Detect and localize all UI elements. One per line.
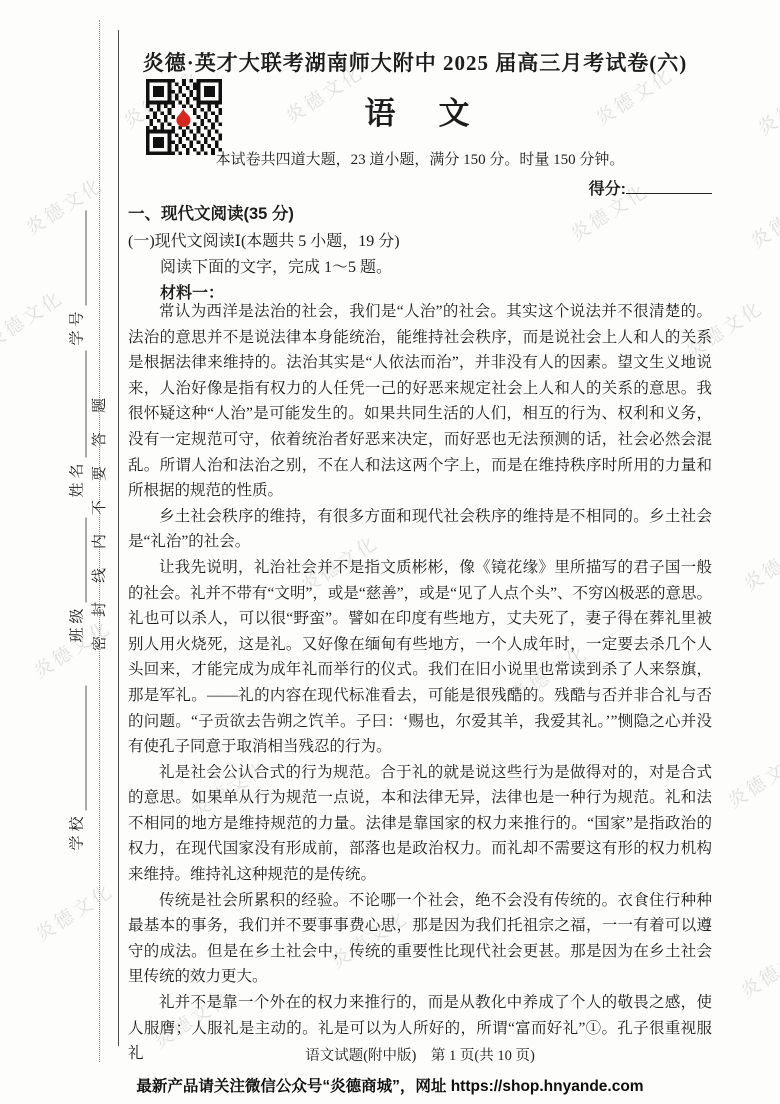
student-class-label: 班级 <box>69 602 87 642</box>
watermark-text: 炎德文化 <box>0 283 68 354</box>
student-class-blank-line <box>71 518 87 603</box>
watermark-text: 炎德文化 <box>738 526 780 597</box>
score-field: 得分: <box>480 176 712 199</box>
promo-line: 最新产品请关注微信公众号“炎德商城”，网址 https://shop.hnyan… <box>0 1074 780 1096</box>
student-name-blank-line <box>71 351 87 458</box>
passage-paragraph: 礼是社会公认合式的行为规范。合于礼的就是说这些行为是做得对的，对是合式的意思。如… <box>128 760 712 888</box>
passage-paragraph: 乡土社会秩序的维持，有很多方面和现代社会秩序的维持是不相同的。乡土社会是“礼治”… <box>128 504 712 555</box>
reading-instruction: 阅读下面的文字，完成 1～5 题。 <box>128 254 712 277</box>
part-one-heading: 一、现代文阅读(35 分) <box>128 200 294 224</box>
watermark-text: 炎德文化 <box>745 183 780 254</box>
student-class-field: 班级 <box>67 518 87 643</box>
student-school-blank-line <box>71 686 87 811</box>
student-id-label: 学号 <box>69 305 87 345</box>
student-id-field: 学号 <box>67 211 87 346</box>
exam-header-title: 炎德·英才大联考湖南师大附中 2025 届高三月考试卷(六) <box>118 47 712 77</box>
score-blank-line <box>626 179 712 194</box>
passage-paragraph: 让我先说明，礼治社会并不是指文质彬彬，像《镜花缘》里所描写的君子国一般的社会。礼… <box>128 555 712 760</box>
exam-info-line: 本试卷共四道大题，23 道小题，满分 150 分。时量 150 分钟。 <box>128 148 712 169</box>
passage-paragraph: 常认为西洋是法治的社会，我们是“人治”的社会。其实这个说法并不很清楚的。法治的意… <box>128 299 712 504</box>
subject-title: 语 文 <box>128 88 712 133</box>
score-label: 得分: <box>589 181 626 198</box>
student-name-label: 姓名 <box>69 457 87 497</box>
watermark-text: 炎德文化 <box>20 170 109 241</box>
sub-section-heading: (一)现代文阅读Ⅰ(本题共 5 小题，19 分) <box>128 228 400 251</box>
watermark-text: 炎德文化 <box>752 70 780 141</box>
exam-page: { "page": { "header_title": "炎德·英才大联考湖南师… <box>0 0 780 1104</box>
passage-paragraph: 传统是社会所累积的经验。不论哪一个社会，绝不会没有传统的。衣食住行种种最基本的事… <box>128 888 712 990</box>
student-school-field: 学校 <box>67 686 87 851</box>
content-margin-line <box>118 30 119 1046</box>
student-school-label: 学校 <box>69 810 87 850</box>
passage-text: 常认为西洋是法治的社会，我们是“人治”的社会。其实这个说法并不很清楚的。法治的意… <box>128 299 712 1067</box>
student-name-field: 姓名 <box>67 351 87 498</box>
student-id-blank-line <box>71 211 87 306</box>
seal-instruction-text: 密封线内不要答题 <box>88 370 106 660</box>
watermark-text: 炎德文化 <box>735 933 780 1004</box>
watermark-text: 炎德文化 <box>722 743 780 814</box>
watermark-text: 炎德文化 <box>30 876 119 947</box>
page-number-line: 语文试题(附中版) 第 1 页(共 10 页) <box>128 1044 712 1065</box>
